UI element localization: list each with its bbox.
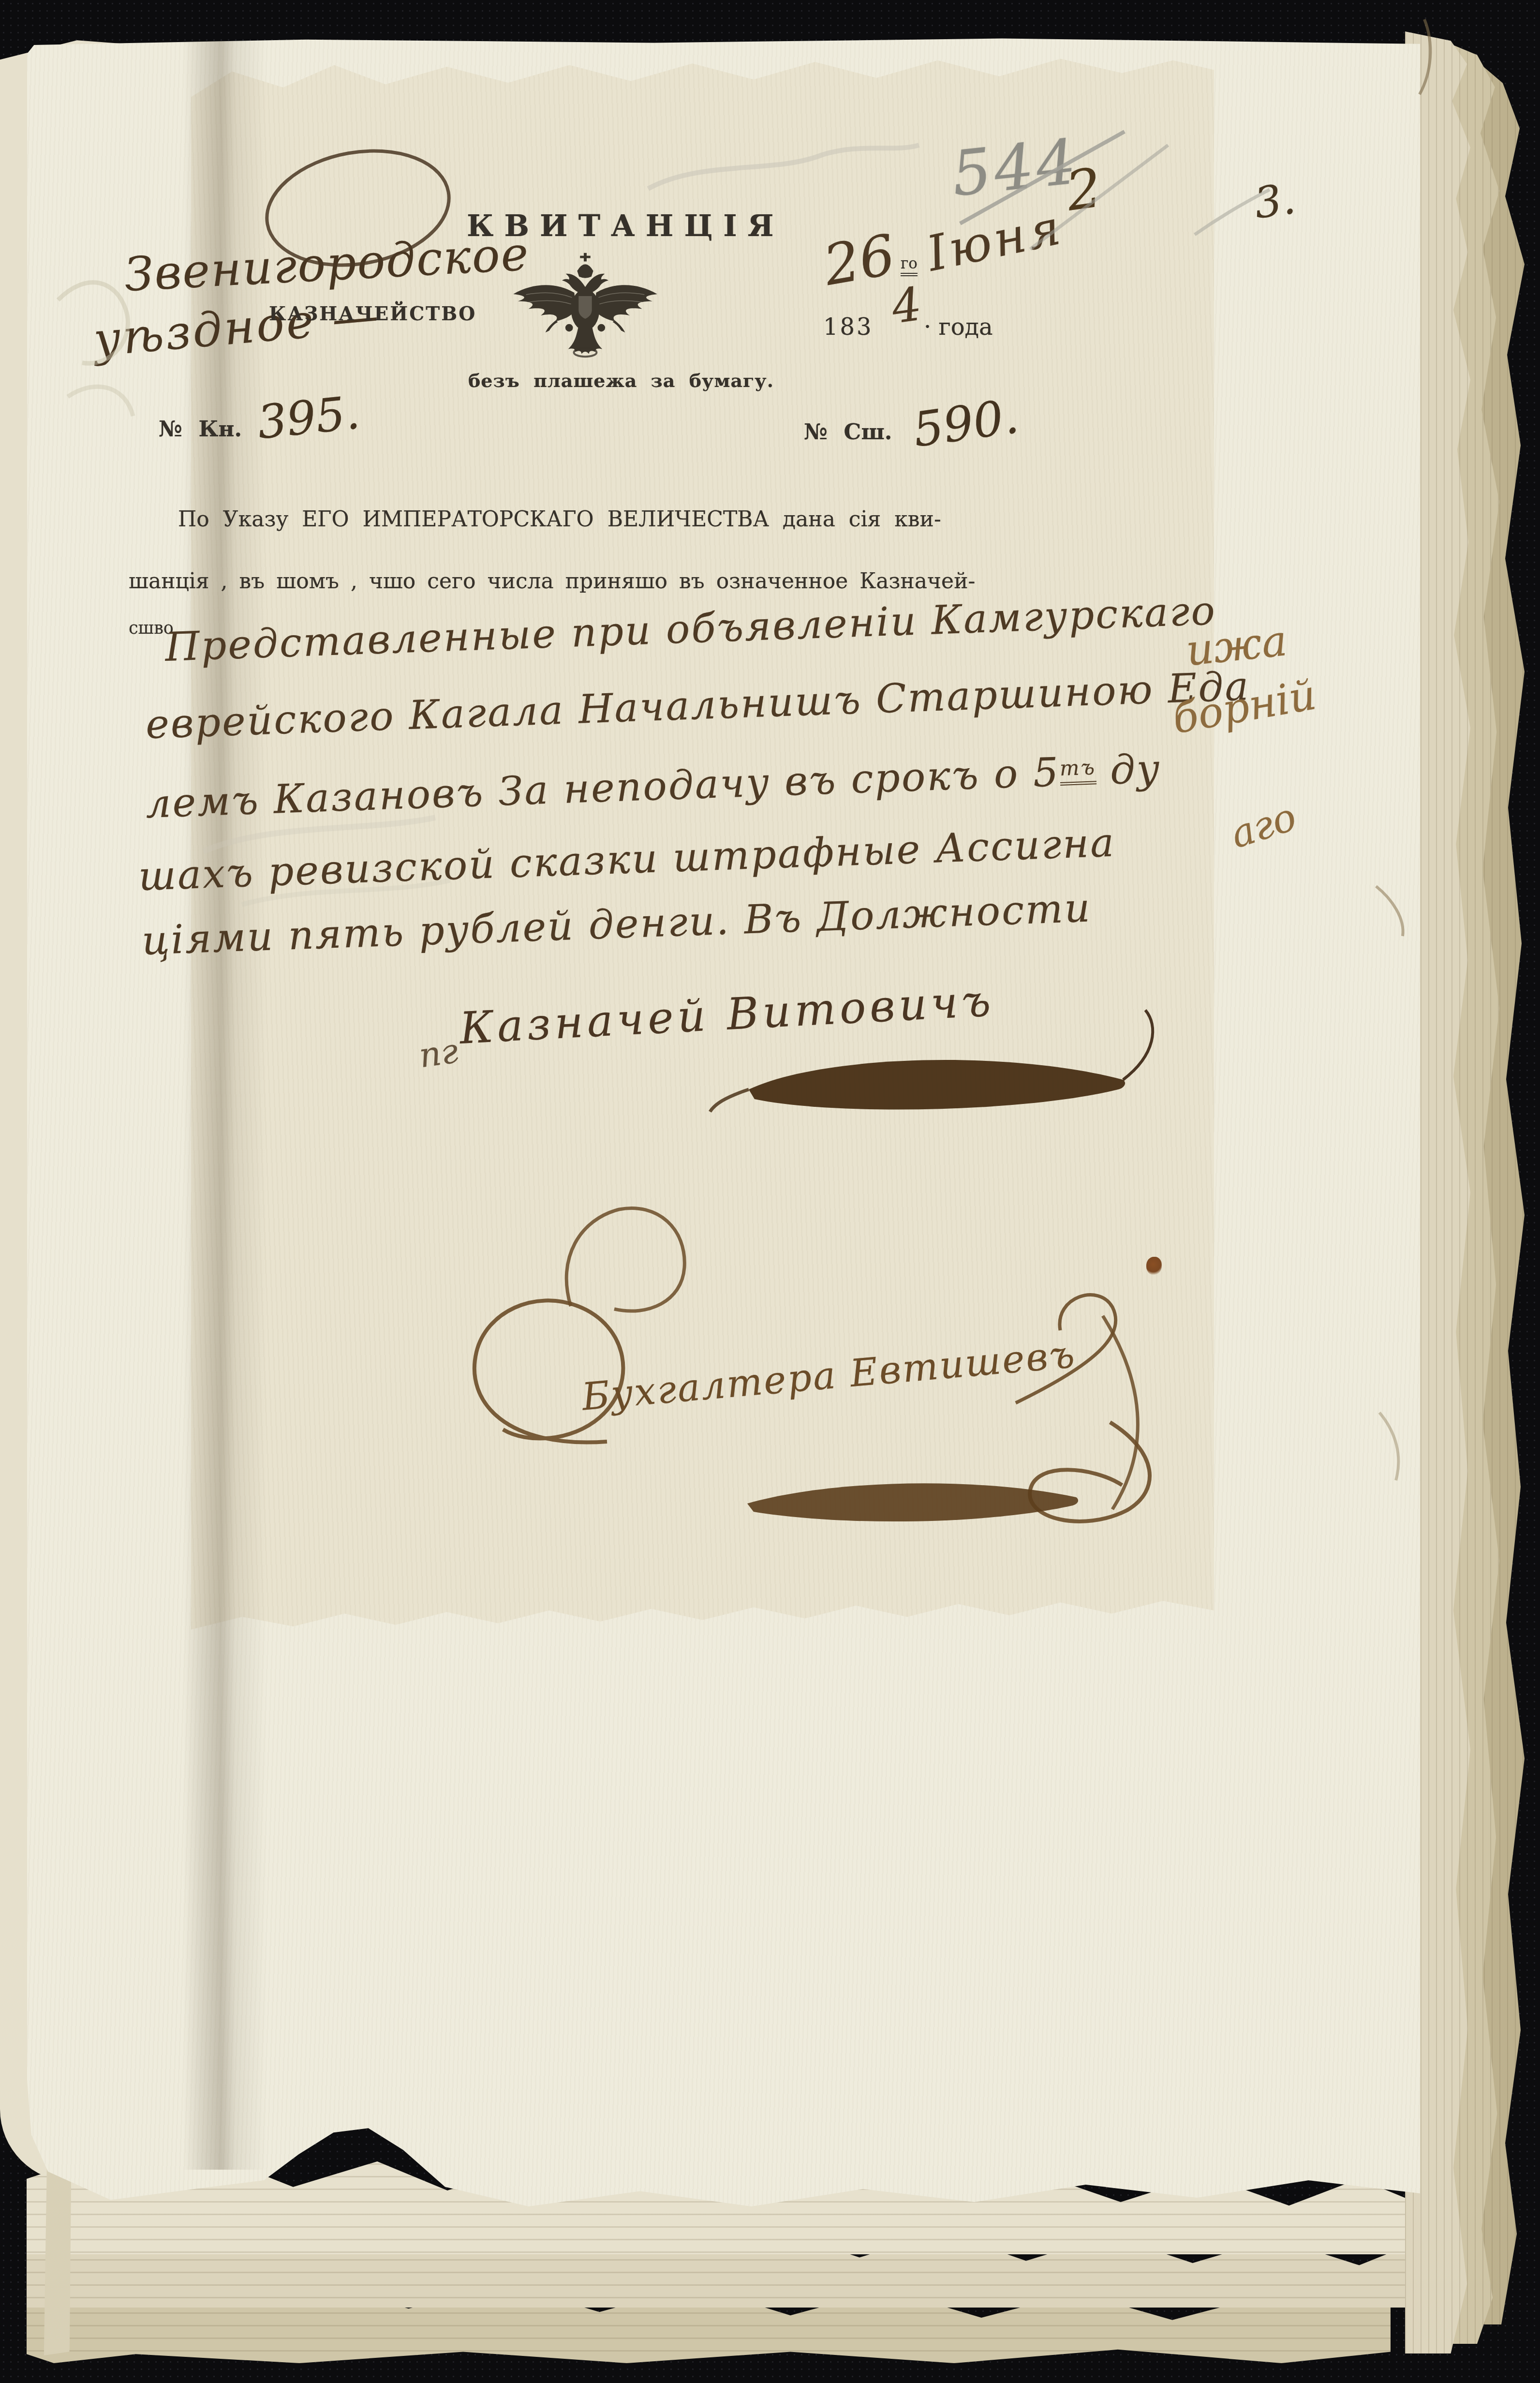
corner-page-number: 3. [1252,177,1298,225]
date-year-digit-handwritten: 4 [889,282,924,331]
printed-body-line1: По Указу ЕГО ИМПЕРАТОРСКАГО ВЕЛИЧЕСТВА д… [178,509,941,530]
double-headed-eagle-icon [498,249,672,363]
date-year-printed: 183 [823,315,874,339]
receipt-title: КВИТАНЦІЯ [467,211,785,241]
archival-photo-scene: 544 2 3. Звенигородское уѣздное — КВИТАН… [0,0,1540,2383]
book-number-value: 395. [255,390,362,447]
book-number-label: № Кн. [159,418,242,440]
treasurer-signature-mark: пг [417,1034,460,1073]
treasury-printed-label: КАЗНАЧЕЙСТВО [269,305,476,324]
handwritten-line3-superscript: тъ [1059,755,1096,786]
printed-body-line2: шанція , въ шомъ , чшо сего числа приняш… [129,571,975,592]
article-number-label: № Сш. [804,421,892,443]
handwritten-line3-end: ду [1095,746,1162,794]
date-day-handwritten: 26 [820,227,899,295]
no-paper-charge-subtitle: безъ плашежа за бумагу. [468,372,774,390]
date-year-label: · года [924,315,993,339]
pencil-folio-number: 544 [949,131,1081,206]
date-day-suffix: го [901,256,918,276]
article-number-value: 590. [910,393,1022,454]
binding-fold-shadow [183,41,267,2170]
ink-correction-number: 2 [1063,161,1105,219]
